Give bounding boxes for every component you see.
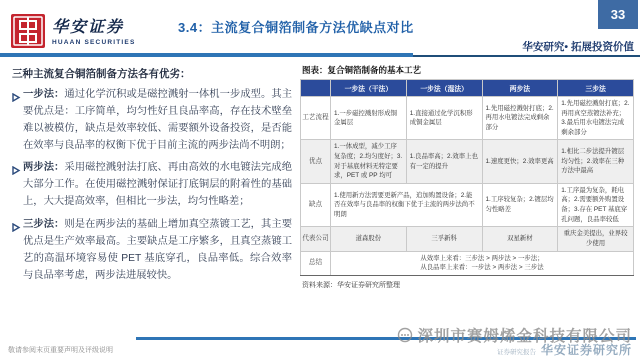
arrow-bullet-icon bbox=[12, 159, 23, 210]
row-label: 缺点 bbox=[301, 183, 331, 226]
table-row-companies: 代表公司 道森股份 三孚新科 双星新材 重庆金美提出，业界较少使用 bbox=[301, 227, 634, 251]
table-cell: 1.先用磁控溅射打底；2.再用真空蒸镀法补充；3.最后用水电镀法完成剩余部分 bbox=[558, 97, 634, 140]
process-comparison-table: 一步法（干法） 一步法（湿法） 两步法 三步法 工艺流程 1.一步磁控溅射形成铜… bbox=[300, 79, 634, 276]
table-cell: 三孚新科 bbox=[406, 227, 482, 251]
table-cell: 双星新材 bbox=[482, 227, 558, 251]
table-cell: 重庆金美提出，业界较少使用 bbox=[558, 227, 634, 251]
arrow-bullet-icon bbox=[12, 86, 23, 154]
row-label: 工艺流程 bbox=[301, 97, 331, 140]
arrow-bullet-icon bbox=[12, 216, 23, 284]
main-content: 三种主流复合铜箔制备方法各有优劣： 一步法：通过化学沉积或是磁控溅射一体机一步成… bbox=[0, 62, 640, 324]
huaan-seal-logo-icon bbox=[10, 13, 46, 49]
table-cell: 道森股份 bbox=[331, 227, 407, 251]
table-cell: 1.使用新方法需要更新产品，追加购置设备；2.能否在效率与良品率的权衡下优于主流… bbox=[331, 183, 483, 226]
bullet-item-three-step: 三步法：则是在两步法的基础上增加真空蒸镀工艺，其主要优点是生产效率最高。主要缺点… bbox=[12, 216, 292, 284]
table-row-pros: 优点 1.一体成型，减少工序复杂度；2.均匀度好；3.对于基底材料无特定要求，P… bbox=[301, 140, 634, 183]
row-label: 总结 bbox=[301, 251, 331, 275]
table-cell: 1.一步磁控溅射形成铜金属层 bbox=[331, 97, 407, 140]
bullet-text: 则是在两步法的基础上增加真空蒸镀工艺，其主要优点是生产效率最高。主要缺点是工序繁… bbox=[23, 219, 292, 281]
bullet-text: 采用磁控溅射法打底、再由高效的水电镀法完成绝大部分工作。在使用磁控溅射保证打底铜… bbox=[23, 162, 292, 207]
bullet-list: 一步法：通过化学沉积或是磁控溅射一体机一步成型。其主要优点是：工序简单，均匀性好… bbox=[12, 86, 292, 284]
brand-name: 华安证券 bbox=[52, 14, 172, 37]
research-tagline: 华安研究• 拓展投资价值 bbox=[522, 39, 634, 54]
figure-title: 图表：复合铜箔制备的基本工艺 bbox=[302, 64, 634, 76]
bullet-term: 一步法： bbox=[23, 89, 64, 100]
table-row-process: 工艺流程 1.一步磁控溅射形成铜金属层 1.直接通过化学沉积形成铜金属层 1.先… bbox=[301, 97, 634, 140]
footer: 深圳市赛姆烯金科技有限公司 敬请参阅末页重要声明及评级说明 证券研究报告 华安证… bbox=[0, 324, 640, 360]
table-cell: 1.速度更快；2.效率更高 bbox=[482, 140, 558, 183]
header-divider-right bbox=[413, 55, 640, 57]
slide-page: 华安证券 HUAAN SECURITIES 3.4：主流复合铜箔制备方法优缺点对… bbox=[0, 0, 640, 360]
row-label: 代表公司 bbox=[301, 227, 331, 251]
bullet-text: 通过化学沉积或是磁控溅射一体机一步成型。其主要优点是：工序简单，均匀性好且良品率… bbox=[23, 89, 292, 151]
brand-block: 华安证券 HUAAN SECURITIES bbox=[52, 14, 172, 46]
bullet-item-one-step: 一步法：通过化学沉积或是磁控溅射一体机一步成型。其主要优点是：工序简单，均匀性好… bbox=[12, 86, 292, 154]
summary-line: 从效率上来看：三步法 > 两步法 > 一步法； bbox=[334, 254, 630, 264]
table-cell: 1.先用磁控溅射打底；2.再用水电镀法完成剩余部分 bbox=[482, 97, 558, 140]
table-header-cell: 三步法 bbox=[558, 80, 634, 97]
summary-heading: 三种主流复合铜箔制备方法各有优劣： bbox=[12, 66, 292, 81]
institute-label: 华安证券研究所 bbox=[541, 341, 632, 358]
source-note: 资料来源：华安证券研究所整理 bbox=[302, 280, 634, 290]
header-divider-left bbox=[0, 53, 413, 57]
row-label: 优点 bbox=[301, 140, 331, 183]
bullet-term: 三步法： bbox=[23, 219, 64, 230]
report-type-label: 证券研究报告 bbox=[497, 347, 536, 356]
summary-panel: 三种主流复合铜箔制备方法各有优劣： 一步法：通过化学沉积或是磁控溅射一体机一步成… bbox=[0, 62, 298, 324]
table-cell: 1.相比二步法提升镀层均匀性；2.效率在三种方法中最高 bbox=[558, 140, 634, 183]
table-header-cell: 两步法 bbox=[482, 80, 558, 97]
bullet-term: 两步法： bbox=[23, 162, 64, 173]
brand-subtitle: HUAAN SECURITIES bbox=[52, 39, 172, 46]
figure-panel: 图表：复合铜箔制备的基本工艺 一步法（干法） 一步法（湿法） 两步法 三步法 工… bbox=[298, 62, 640, 324]
header: 华安证券 HUAAN SECURITIES 3.4：主流复合铜箔制备方法优缺点对… bbox=[0, 0, 640, 58]
page-number-badge: 33 bbox=[598, 0, 638, 29]
footer-right: 证券研究报告 华安证券研究所 bbox=[497, 341, 632, 358]
page-title: 3.4：主流复合铜箔制备方法优缺点对比 bbox=[178, 17, 414, 36]
table-row-summary: 总结 从效率上来看：三步法 > 两步法 > 一步法； 从良品率上来看：一步法 >… bbox=[301, 251, 634, 275]
table-cell: 从效率上来看：三步法 > 两步法 > 一步法； 从良品率上来看：一步法 > 两步… bbox=[331, 251, 634, 275]
table-header-cell bbox=[301, 80, 331, 97]
table-cell: 1.良品率高；2.效率上也有一定的提升 bbox=[406, 140, 482, 183]
summary-line: 从良品率上来看：一步法 > 两步法 > 三步法 bbox=[334, 263, 630, 273]
table-header-cell: 一步法（湿法） bbox=[406, 80, 482, 97]
table-header-row: 一步法（干法） 一步法（湿法） 两步法 三步法 bbox=[301, 80, 634, 97]
table-row-cons: 缺点 1.使用新方法需要更新产品，追加购置设备；2.能否在效率与良品率的权衡下优… bbox=[301, 183, 634, 226]
table-cell: 1.工序最为复杂，耗电高；2.需要额外购置设备；3.存在 PET 基底穿孔问题，… bbox=[558, 183, 634, 226]
table-cell: 1.一体成型，减少工序复杂度；2.均匀度好；3.对于基底材料无特定要求，PET … bbox=[331, 140, 407, 183]
bullet-item-two-step: 两步法：采用磁控溅射法打底、再由高效的水电镀法完成绝大部分工作。在使用磁控溅射保… bbox=[12, 159, 292, 210]
watermark-logo-icon bbox=[397, 327, 413, 343]
disclaimer-note: 敬请参阅末页重要声明及评级说明 bbox=[8, 345, 113, 355]
table-header-cell: 一步法（干法） bbox=[331, 80, 407, 97]
table-cell: 1.工序较复杂；2.镀层均匀性略差 bbox=[482, 183, 558, 226]
table-cell: 1.直接通过化学沉积形成铜金属层 bbox=[406, 97, 482, 140]
